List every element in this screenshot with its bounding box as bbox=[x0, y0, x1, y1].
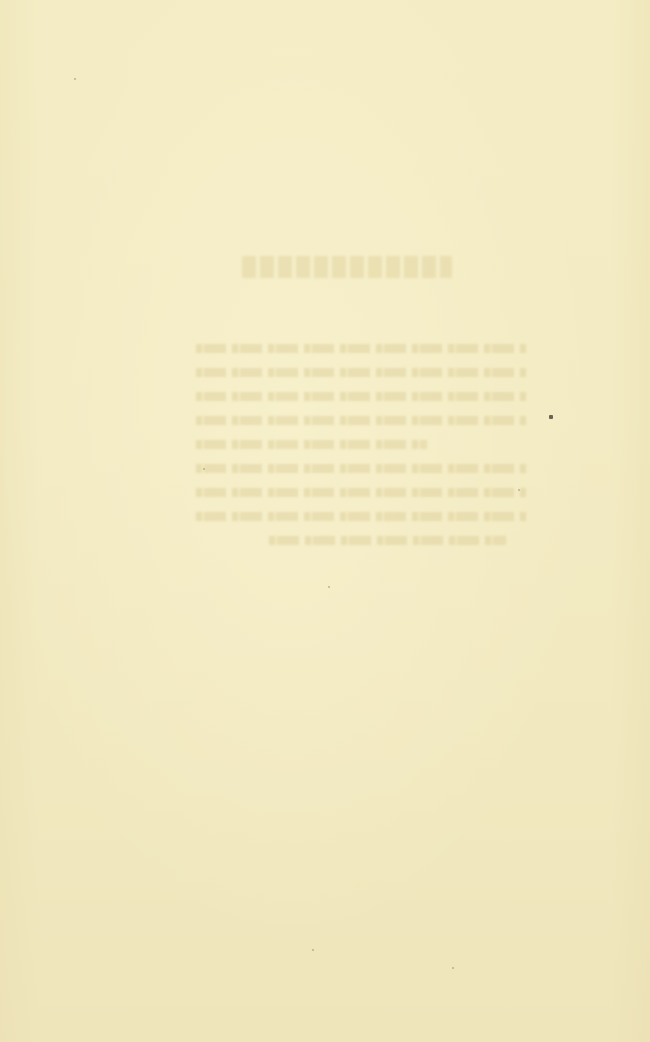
show-through-line bbox=[196, 512, 526, 521]
paper-dot bbox=[312, 949, 314, 951]
paper-dot bbox=[518, 489, 520, 491]
paper-dot bbox=[328, 586, 330, 588]
paper-dot bbox=[74, 78, 76, 80]
paper-dot bbox=[452, 967, 454, 969]
show-through-line bbox=[196, 392, 526, 401]
show-through-line bbox=[196, 344, 526, 353]
show-through-line bbox=[196, 368, 526, 377]
show-through-line bbox=[196, 416, 526, 425]
show-through-line bbox=[196, 488, 526, 497]
book-page: Blank aged paper page with faint illegib… bbox=[0, 0, 650, 1042]
show-through-paragraph bbox=[196, 344, 526, 560]
paper-speck bbox=[549, 415, 553, 419]
show-through-title bbox=[242, 256, 452, 278]
show-through-line bbox=[269, 536, 507, 545]
paper-dot bbox=[203, 468, 205, 470]
page-description: Blank aged paper page with faint illegib… bbox=[0, 0, 1, 1]
show-through-line bbox=[196, 440, 427, 449]
show-through-line bbox=[196, 464, 526, 473]
